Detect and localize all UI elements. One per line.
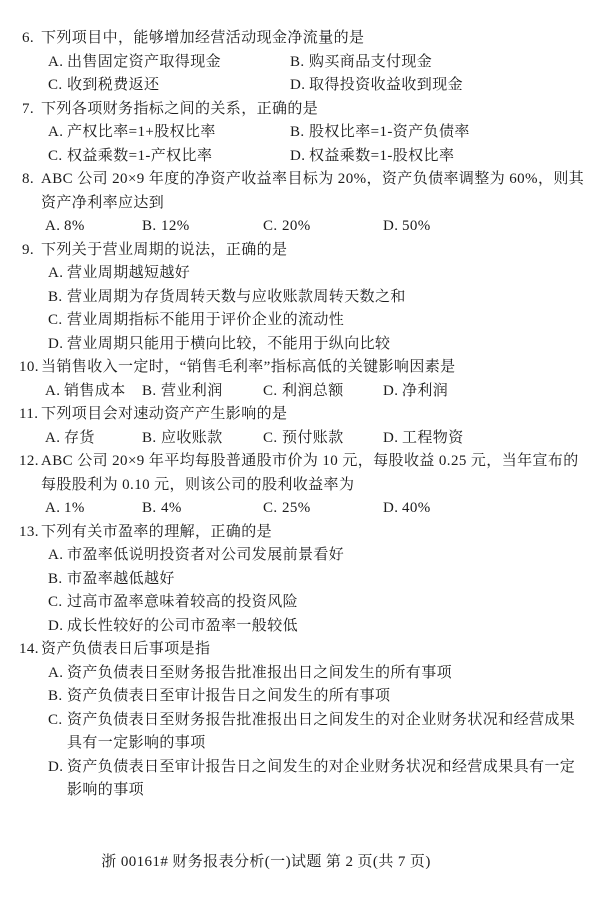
option-label: C.	[48, 309, 63, 333]
option-text: 产权比率=1+股权比率	[67, 124, 216, 140]
question-13: 13.下列有关市盈率的理解，正确的是A.市盈率低说明投资者对公司发展前景看好B.…	[0, 521, 606, 639]
question-list: 6.下列项目中，能够增加经营活动现金净流量的是A.出售固定资产取得现金B.购买商…	[0, 27, 606, 803]
option-A: A.8%	[45, 215, 142, 239]
option-label: A.	[45, 497, 60, 521]
option-text: 出售固定资产取得现金	[67, 54, 221, 70]
option-label: D.	[383, 427, 398, 451]
option-text: 利润总额	[282, 383, 344, 399]
option-D: D.营业周期只能用于横向比较，不能用于纵向比较	[0, 333, 606, 357]
option-D: D.权益乘数=1-股权比率	[290, 145, 606, 169]
option-label: A.	[48, 544, 63, 568]
option-label: D.	[383, 215, 398, 239]
question-number: 9.	[22, 239, 34, 263]
option-A: A.资产负债表日至财务报告批准报出日之间发生的所有事项	[0, 662, 606, 686]
option-C: C.20%	[263, 215, 383, 239]
option-label: C.	[48, 591, 63, 615]
exam-page: 6.下列项目中，能够增加经营活动现金净流量的是A.出售固定资产取得现金B.购买商…	[0, 0, 606, 907]
question-number: 11.	[19, 403, 38, 427]
option-text: 40%	[402, 500, 431, 516]
option-C: C.收到税费返还	[48, 74, 290, 98]
option-A: A.1%	[45, 497, 142, 521]
option-B: B.4%	[142, 497, 263, 521]
question-number: 7.	[22, 98, 34, 122]
question-stem-text: 下列各项财务指标之间的关系，正确的是	[41, 101, 318, 117]
option-text: 权益乘数=1-股权比率	[309, 148, 454, 164]
option-text: 4%	[161, 500, 182, 516]
option-C: C.预付账款	[263, 427, 383, 451]
option-text: 资产负债表日至审计报告日之间发生的对企业财务状况和经营成果具有一定影响的事项	[67, 759, 575, 799]
option-label: A.	[45, 215, 60, 239]
option-C: C.营业周期指标不能用于评价企业的流动性	[0, 309, 606, 333]
option-D: D.40%	[383, 497, 606, 521]
question-9: 9.下列关于营业周期的说法，正确的是A.营业周期越短越好B.营业周期为存货周转天…	[0, 239, 606, 357]
option-label: B.	[48, 685, 63, 709]
option-label: D.	[290, 145, 305, 169]
option-text: 资产负债表日至财务报告批准报出日之间发生的所有事项	[67, 665, 452, 681]
option-text: 12%	[161, 218, 190, 234]
option-D: D.资产负债表日至审计报告日之间发生的对企业财务状况和经营成果具有一定影响的事项	[0, 756, 606, 803]
options: A.销售成本B.营业利润C.利润总额D.净利润	[45, 380, 606, 404]
question-11: 11.下列项目会对速动资产产生影响的是A.存货B.应收账款C.预付账款D.工程物…	[0, 403, 606, 450]
question-stem-text: 下列有关市盈率的理解，正确的是	[41, 524, 272, 540]
option-label: D.	[383, 497, 398, 521]
option-text: 工程物资	[402, 430, 464, 446]
option-label: C.	[48, 145, 63, 169]
options: A.营业周期越短越好B.营业周期为存货周转天数与应收账款周转天数之和C.营业周期…	[0, 262, 606, 356]
option-B: B.购买商品支付现金	[290, 51, 606, 75]
option-label: C.	[263, 427, 278, 451]
option-text: 销售成本	[64, 383, 126, 399]
option-text: 收到税费返还	[67, 77, 159, 93]
option-label: B.	[142, 497, 157, 521]
option-label: B.	[142, 380, 157, 404]
option-label: C.	[263, 215, 278, 239]
option-label: D.	[290, 74, 305, 98]
question-7: 7.下列各项财务指标之间的关系，正确的是A.产权比率=1+股权比率B.股权比率=…	[0, 98, 606, 169]
option-D: D.净利润	[383, 380, 606, 404]
option-text: 市盈率越低越好	[67, 571, 175, 587]
question-stem-text: 下列项目中，能够增加经营活动现金净流量的是	[41, 30, 364, 46]
option-label: A.	[48, 51, 63, 75]
option-label: A.	[48, 662, 63, 686]
option-B: B.营业利润	[142, 380, 263, 404]
question-stem: 7.下列各项财务指标之间的关系，正确的是	[0, 98, 606, 122]
question-stem: 11.下列项目会对速动资产产生影响的是	[0, 403, 606, 427]
option-text: 8%	[64, 218, 85, 234]
options: A.1%B.4%C.25%D.40%	[45, 497, 606, 521]
question-stem: 9.下列关于营业周期的说法，正确的是	[0, 239, 606, 263]
options: A.市盈率低说明投资者对公司发展前景看好B.市盈率越低越好C.过高市盈率意味着较…	[0, 544, 606, 638]
question-10: 10.当销售收入一定时，“销售毛利率”指标高低的关键影响因素是A.销售成本B.营…	[0, 356, 606, 403]
option-text: 营业周期指标不能用于评价企业的流动性	[67, 312, 344, 328]
question-number: 12.	[19, 450, 39, 474]
option-label: C.	[48, 709, 63, 733]
option-label: A.	[48, 121, 63, 145]
options: A.产权比率=1+股权比率B.股权比率=1-资产负债率C.权益乘数=1-产权比率…	[48, 121, 606, 168]
question-stem: 14.资产负债表日后事项是指	[0, 638, 606, 662]
option-text: 资产负债表日至财务报告批准报出日之间发生的对企业财务状况和经营成果具有一定影响的…	[67, 712, 575, 752]
option-label: C.	[48, 74, 63, 98]
option-D: D.取得投资收益收到现金	[290, 74, 606, 98]
option-C: C.25%	[263, 497, 383, 521]
option-text: 权益乘数=1-产权比率	[67, 148, 212, 164]
option-text: 股权比率=1-资产负债率	[309, 124, 470, 140]
question-number: 6.	[22, 27, 34, 51]
option-C: C.过高市盈率意味着较高的投资风险	[0, 591, 606, 615]
option-text: 1%	[64, 500, 85, 516]
question-8: 8.ABC 公司 20×9 年度的净资产收益率目标为 20%，资产负债率调整为 …	[0, 168, 606, 239]
options: A.出售固定资产取得现金B.购买商品支付现金C.收到税费返还D.取得投资收益收到…	[48, 51, 606, 98]
option-label: D.	[383, 380, 398, 404]
option-text: 营业利润	[161, 383, 223, 399]
option-label: D.	[48, 756, 63, 780]
option-text: 50%	[402, 218, 431, 234]
option-text: 净利润	[402, 383, 448, 399]
option-label: D.	[48, 333, 63, 357]
option-D: D.工程物资	[383, 427, 606, 451]
question-stem-text: ABC 公司 20×9 年度的净资产收益率目标为 20%，资产负债率调整为 60…	[41, 171, 584, 211]
option-label: B.	[142, 215, 157, 239]
option-text: 20%	[282, 218, 311, 234]
question-6: 6.下列项目中，能够增加经营活动现金净流量的是A.出售固定资产取得现金B.购买商…	[0, 27, 606, 98]
question-stem: 6.下列项目中，能够增加经营活动现金净流量的是	[0, 27, 606, 51]
page-footer: 浙 00161# 财务报表分析(一)试题 第 2 页(共 7 页)	[0, 851, 569, 875]
option-A: A.存货	[45, 427, 142, 451]
option-text: 资产负债表日至审计报告日之间发生的所有事项	[67, 688, 390, 704]
option-text: 25%	[282, 500, 311, 516]
option-label: B.	[48, 286, 63, 310]
question-number: 14.	[19, 638, 39, 662]
option-label: A.	[48, 262, 63, 286]
option-B: B.股权比率=1-资产负债率	[290, 121, 606, 145]
option-A: A.营业周期越短越好	[0, 262, 606, 286]
option-A: A.产权比率=1+股权比率	[48, 121, 290, 145]
question-stem-text: ABC 公司 20×9 年平均每股普通股市价为 10 元，每股收益 0.25 元…	[41, 453, 579, 493]
option-label: A.	[45, 427, 60, 451]
question-stem: 8.ABC 公司 20×9 年度的净资产收益率目标为 20%，资产负债率调整为 …	[0, 168, 606, 215]
option-A: A.市盈率低说明投资者对公司发展前景看好	[0, 544, 606, 568]
question-number: 10.	[19, 356, 39, 380]
option-label: B.	[142, 427, 157, 451]
option-text: 过高市盈率意味着较高的投资风险	[67, 594, 298, 610]
option-text: 营业周期为存货周转天数与应收账款周转天数之和	[67, 289, 406, 305]
option-text: 成长性较好的公司市盈率一般较低	[67, 618, 298, 634]
option-label: B.	[290, 51, 305, 75]
question-stem-text: 下列关于营业周期的说法，正确的是	[41, 242, 287, 258]
question-14: 14.资产负债表日后事项是指A.资产负债表日至财务报告批准报出日之间发生的所有事…	[0, 638, 606, 803]
question-number: 13.	[19, 521, 39, 545]
options: A.资产负债表日至财务报告批准报出日之间发生的所有事项B.资产负债表日至审计报告…	[0, 662, 606, 803]
question-stem-text: 当销售收入一定时，“销售毛利率”指标高低的关键影响因素是	[41, 359, 456, 375]
option-B: B.市盈率越低越好	[0, 568, 606, 592]
option-B: B.应收账款	[142, 427, 263, 451]
question-number: 8.	[22, 168, 34, 192]
option-B: B.营业周期为存货周转天数与应收账款周转天数之和	[0, 286, 606, 310]
option-D: D.成长性较好的公司市盈率一般较低	[0, 615, 606, 639]
option-label: C.	[263, 380, 278, 404]
option-B: B.12%	[142, 215, 263, 239]
option-C: C.资产负债表日至财务报告批准报出日之间发生的对企业财务状况和经营成果具有一定影…	[0, 709, 606, 756]
question-12: 12.ABC 公司 20×9 年平均每股普通股市价为 10 元，每股收益 0.2…	[0, 450, 606, 521]
option-text: 营业周期越短越好	[67, 265, 190, 281]
options: A.8%B.12%C.20%D.50%	[45, 215, 606, 239]
option-label: A.	[45, 380, 60, 404]
option-text: 购买商品支付现金	[309, 54, 432, 70]
question-stem-text: 资产负债表日后事项是指	[41, 641, 210, 657]
option-B: B.资产负债表日至审计报告日之间发生的所有事项	[0, 685, 606, 709]
option-label: B.	[48, 568, 63, 592]
option-label: B.	[290, 121, 305, 145]
option-text: 预付账款	[282, 430, 344, 446]
question-stem: 12.ABC 公司 20×9 年平均每股普通股市价为 10 元，每股收益 0.2…	[0, 450, 606, 497]
option-text: 取得投资收益收到现金	[309, 77, 463, 93]
option-text: 营业周期只能用于横向比较，不能用于纵向比较	[67, 336, 390, 352]
option-text: 应收账款	[161, 430, 223, 446]
option-text: 存货	[64, 430, 95, 446]
option-label: C.	[263, 497, 278, 521]
options: A.存货B.应收账款C.预付账款D.工程物资	[45, 427, 606, 451]
option-C: C.利润总额	[263, 380, 383, 404]
option-A: A.出售固定资产取得现金	[48, 51, 290, 75]
question-stem: 10.当销售收入一定时，“销售毛利率”指标高低的关键影响因素是	[0, 356, 606, 380]
option-text: 市盈率低说明投资者对公司发展前景看好	[67, 547, 344, 563]
option-D: D.50%	[383, 215, 606, 239]
question-stem: 13.下列有关市盈率的理解，正确的是	[0, 521, 606, 545]
option-label: D.	[48, 615, 63, 639]
question-stem-text: 下列项目会对速动资产产生影响的是	[41, 406, 287, 422]
option-A: A.销售成本	[45, 380, 142, 404]
option-C: C.权益乘数=1-产权比率	[48, 145, 290, 169]
